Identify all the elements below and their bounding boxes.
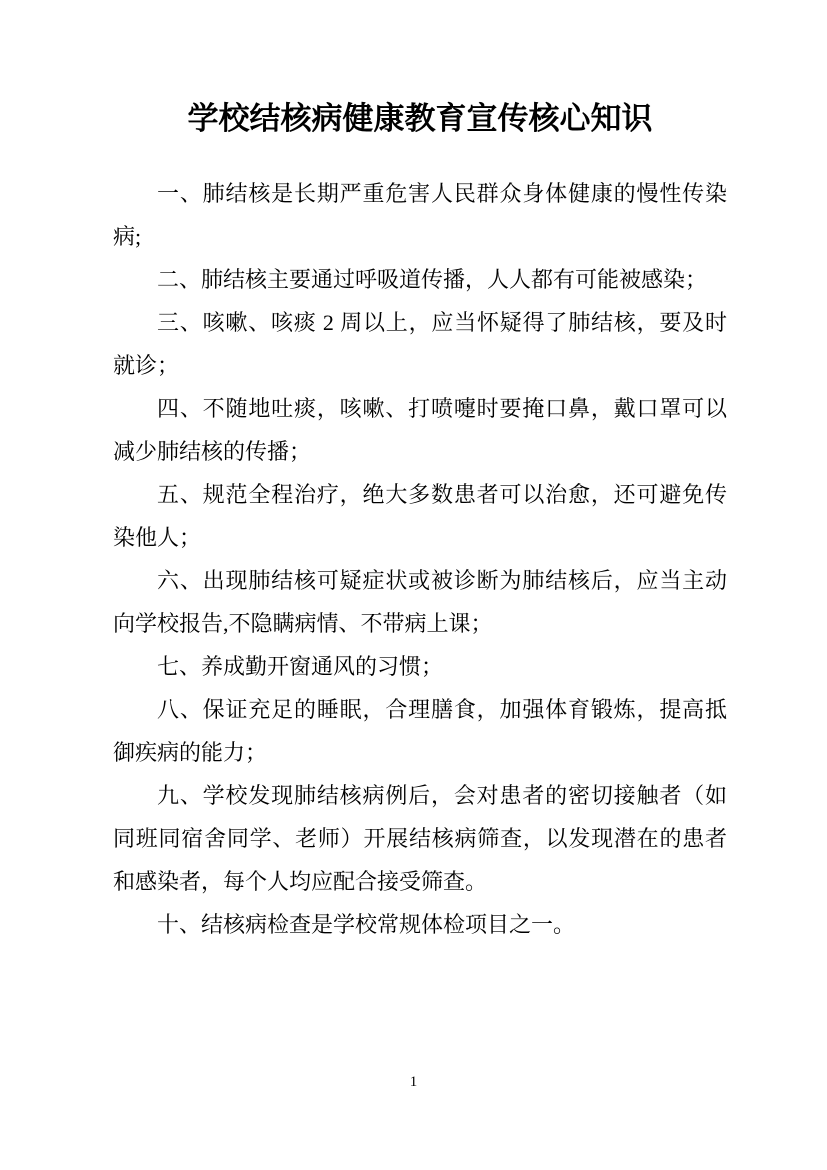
paragraph-item-4: 四、不随地吐痰，咳嗽、打喷嚏时要掩口鼻，戴口罩可以减少肺结核的传播； bbox=[113, 387, 727, 473]
document-page: 学校结核病健康教育宣传核心知识 一、肺结核是长期严重危害人民群众身体健康的慢性传… bbox=[0, 0, 827, 1170]
paragraph-item-2: 二、肺结核主要通过呼吸道传播，人人都有可能被感染； bbox=[113, 258, 727, 301]
paragraph-item-7: 七、养成勤开窗通风的习惯； bbox=[113, 645, 727, 688]
paragraph-item-10: 十、结核病检查是学校常规体检项目之一。 bbox=[113, 903, 727, 946]
paragraph-item-9: 九、学校发现肺结核病例后，会对患者的密切接触者（如同班同宿舍同学、老师）开展结核… bbox=[113, 774, 727, 903]
paragraph-item-3: 三、咳嗽、咳痰 2 周以上，应当怀疑得了肺结核，要及时就诊； bbox=[113, 301, 727, 387]
paragraph-item-6: 六、出现肺结核可疑症状或被诊断为肺结核后，应当主动向学校报告,不隐瞒病情、不带病… bbox=[113, 559, 727, 645]
paragraph-item-8: 八、保证充足的睡眠，合理膳食，加强体育锻炼，提高抵御疾病的能力； bbox=[113, 688, 727, 774]
document-title: 学校结核病健康教育宣传核心知识 bbox=[113, 97, 727, 141]
page-number: 1 bbox=[0, 1075, 827, 1090]
paragraph-item-5: 五、规范全程治疗，绝大多数患者可以治愈，还可避免传染他人； bbox=[113, 473, 727, 559]
paragraph-item-1: 一、肺结核是长期严重危害人民群众身体健康的慢性传染病; bbox=[113, 172, 727, 258]
document-body: 一、肺结核是长期严重危害人民群众身体健康的慢性传染病; 二、肺结核主要通过呼吸道… bbox=[113, 172, 727, 946]
